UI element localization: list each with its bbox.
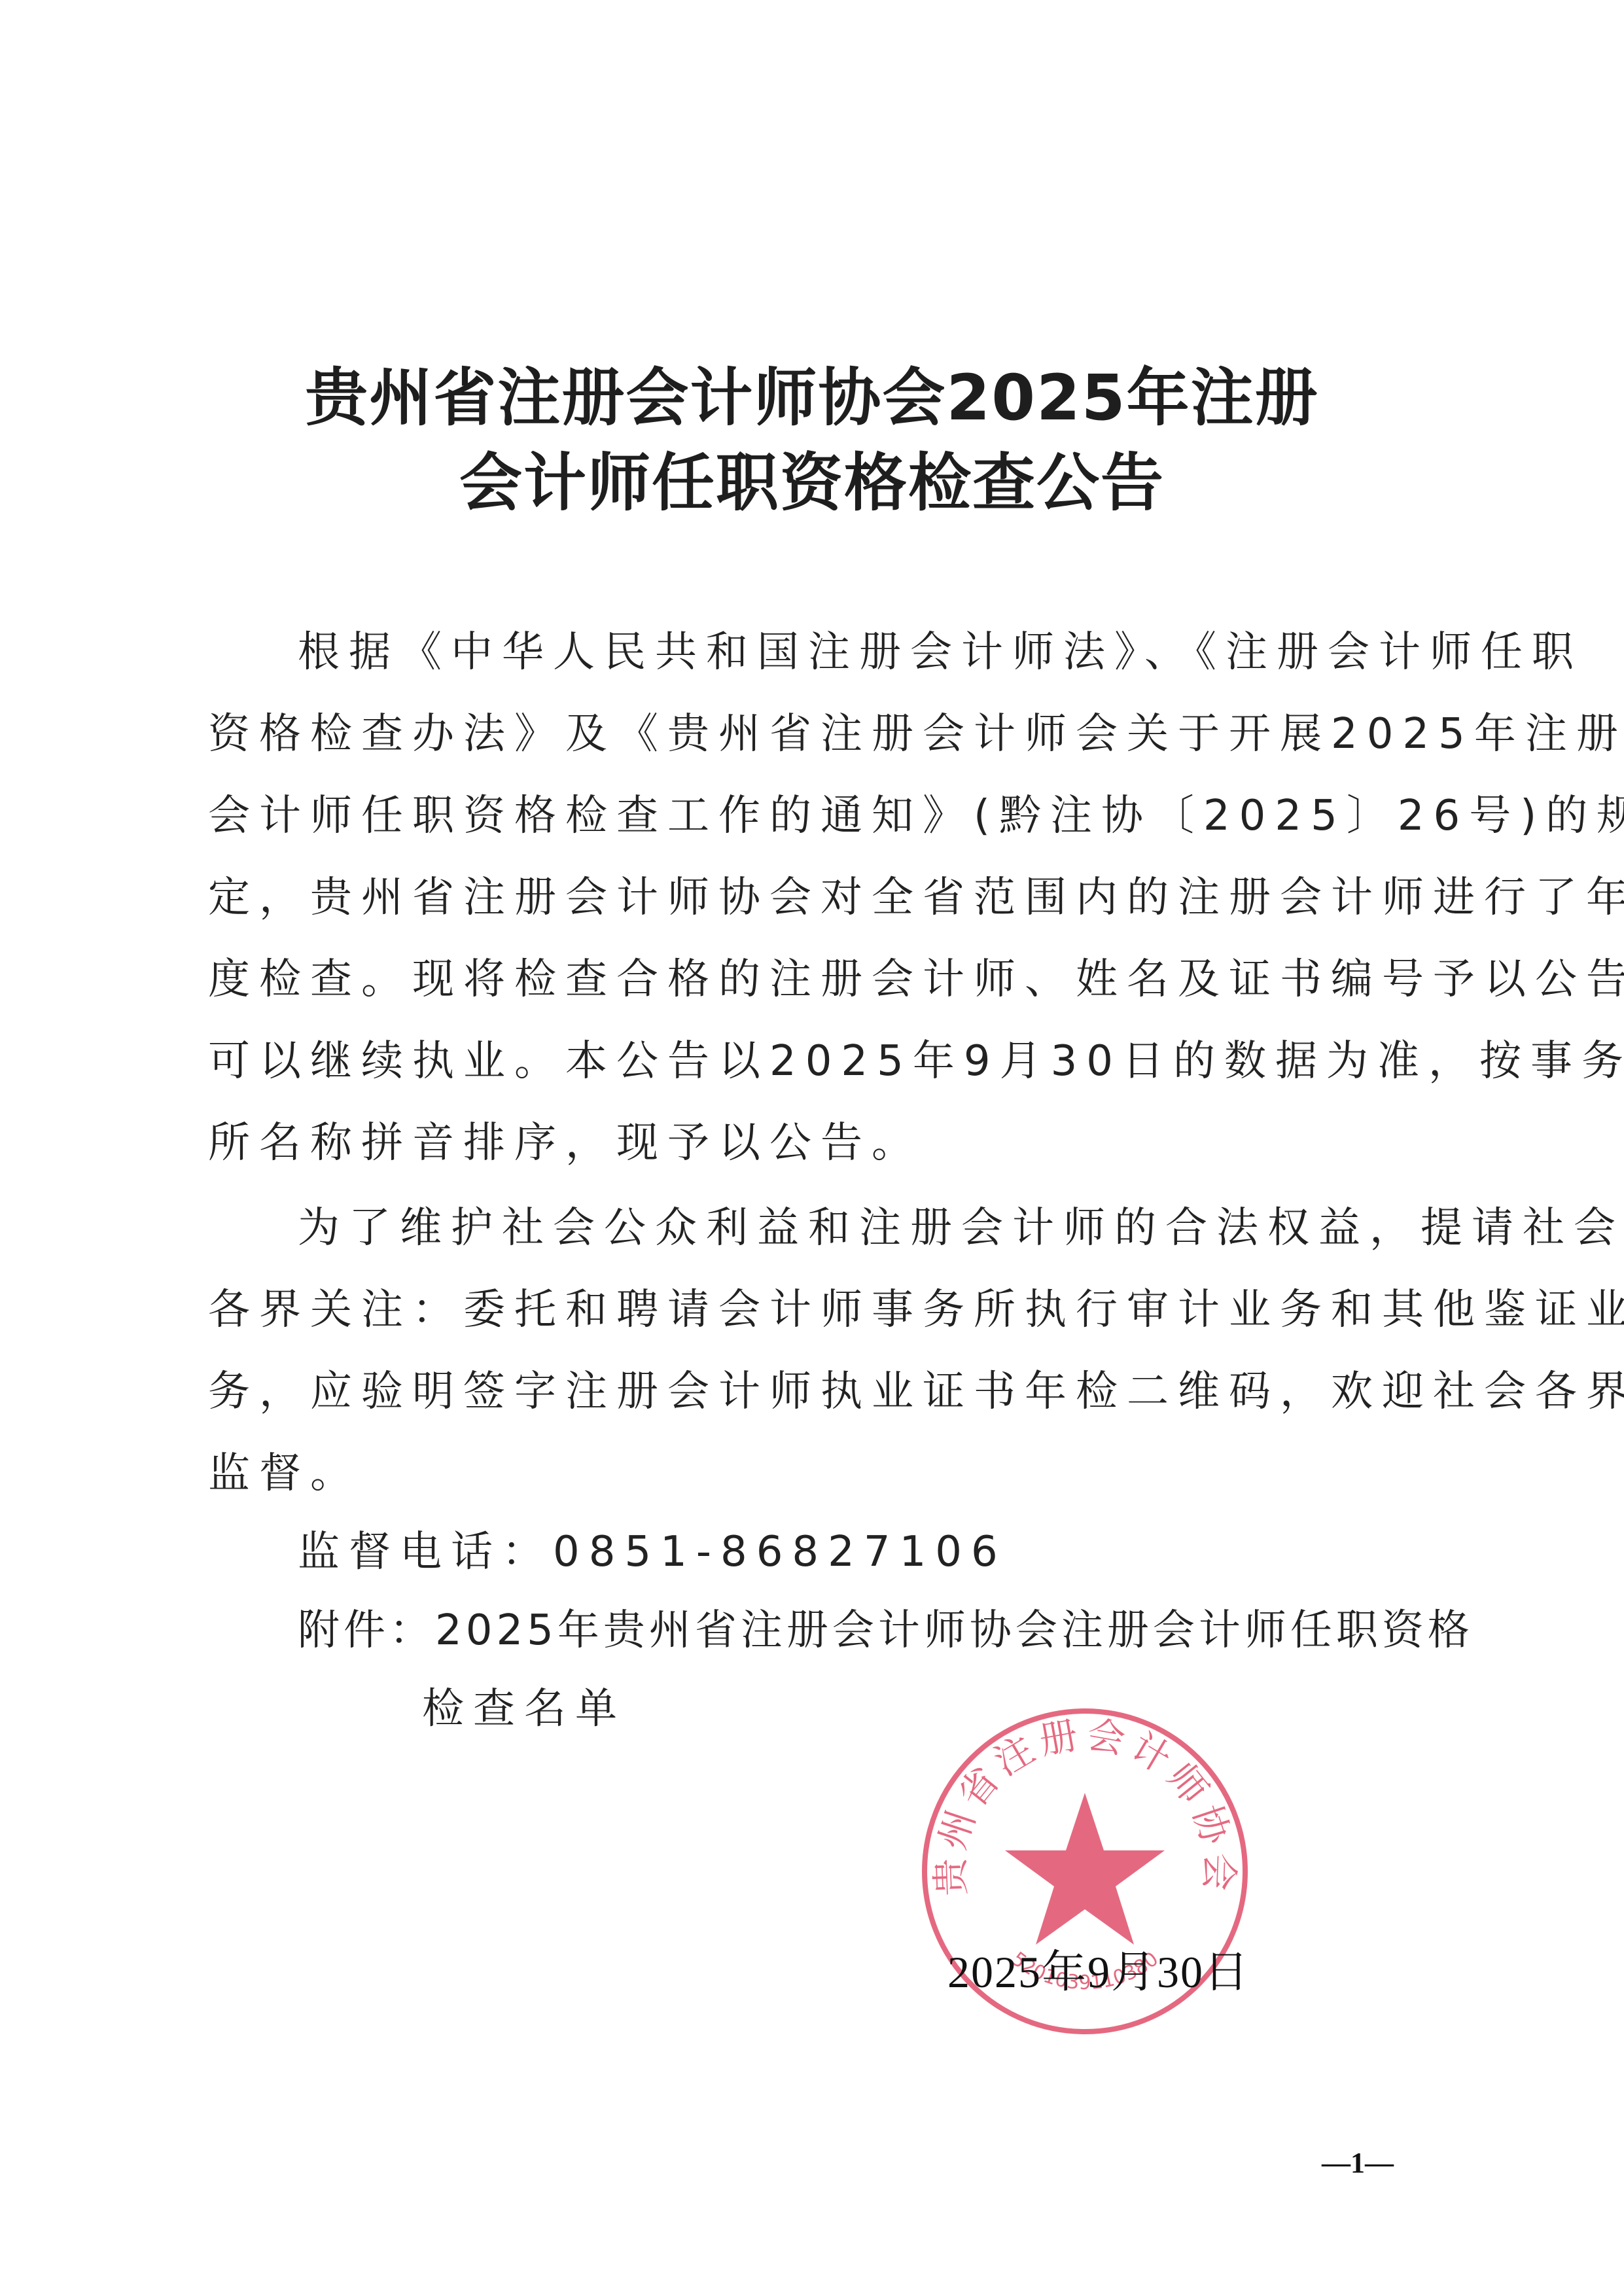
document-page: 贵州省注册会计师协会2025年注册 会计师任职资格检查公告 根据《中华人民共和国… (0, 0, 1624, 2296)
attachment-line: 附件：2025年贵州省注册会计师协会注册会计师任职资格 (298, 1610, 1515, 1651)
paragraph-line: 度检查。现将检查合格的注册会计师、姓名及证书编号予以公告， (208, 959, 1425, 1000)
paragraph-line: 所名称拼音排序，现予以公告。 (208, 1122, 1425, 1164)
paragraph-line: 根据《中华人民共和国注册会计师法》、《注册会计师任职 (298, 631, 1515, 673)
document-title-line-2: 会计师任职资格检查公告 (0, 451, 1624, 514)
paragraph-line: 各界关注：委托和聘请会计师事务所执行审计业务和其他鉴证业 (208, 1289, 1425, 1331)
phone-number: 0851-86827106 (553, 1528, 1007, 1576)
document-title-line-1: 贵州省注册会计师协会2025年注册 (0, 366, 1624, 429)
phone-label: 监督电话： (298, 1528, 553, 1576)
star-icon (1005, 1793, 1165, 1945)
paragraph-line: 为了维护社会公众利益和注册会计师的合法权益，提请社会 (298, 1207, 1515, 1249)
signature-date: 2025年9月30日 (947, 1937, 1250, 2000)
paragraph-line: 会计师任职资格检查工作的通知》(黔注协〔2025〕26号)的规 (208, 795, 1425, 837)
paragraph-line: 定，贵州省注册会计师协会对全省范围内的注册会计师进行了年 (208, 877, 1425, 919)
paragraph-line: 可以继续执业。本公告以2025年9月30日的数据为准，按事务 (208, 1040, 1425, 1082)
paragraph-line: 务，应验明签字注册会计师执业证书年检二维码，欢迎社会各界 (208, 1371, 1425, 1413)
attachment-label: 附件： (298, 1606, 435, 1655)
paragraph-line: 监督。 (208, 1453, 1425, 1494)
attachment-title: 2025年贵州省注册会计师协会注册会计师任职资格 (435, 1606, 1474, 1655)
paragraph-line: 资格检查办法》及《贵州省注册会计师会关于开展2025年注册 (208, 713, 1425, 755)
supervision-phone: 监督电话：0851-86827106 (298, 1531, 1515, 1573)
page-number: —1— (1322, 2146, 1394, 2180)
